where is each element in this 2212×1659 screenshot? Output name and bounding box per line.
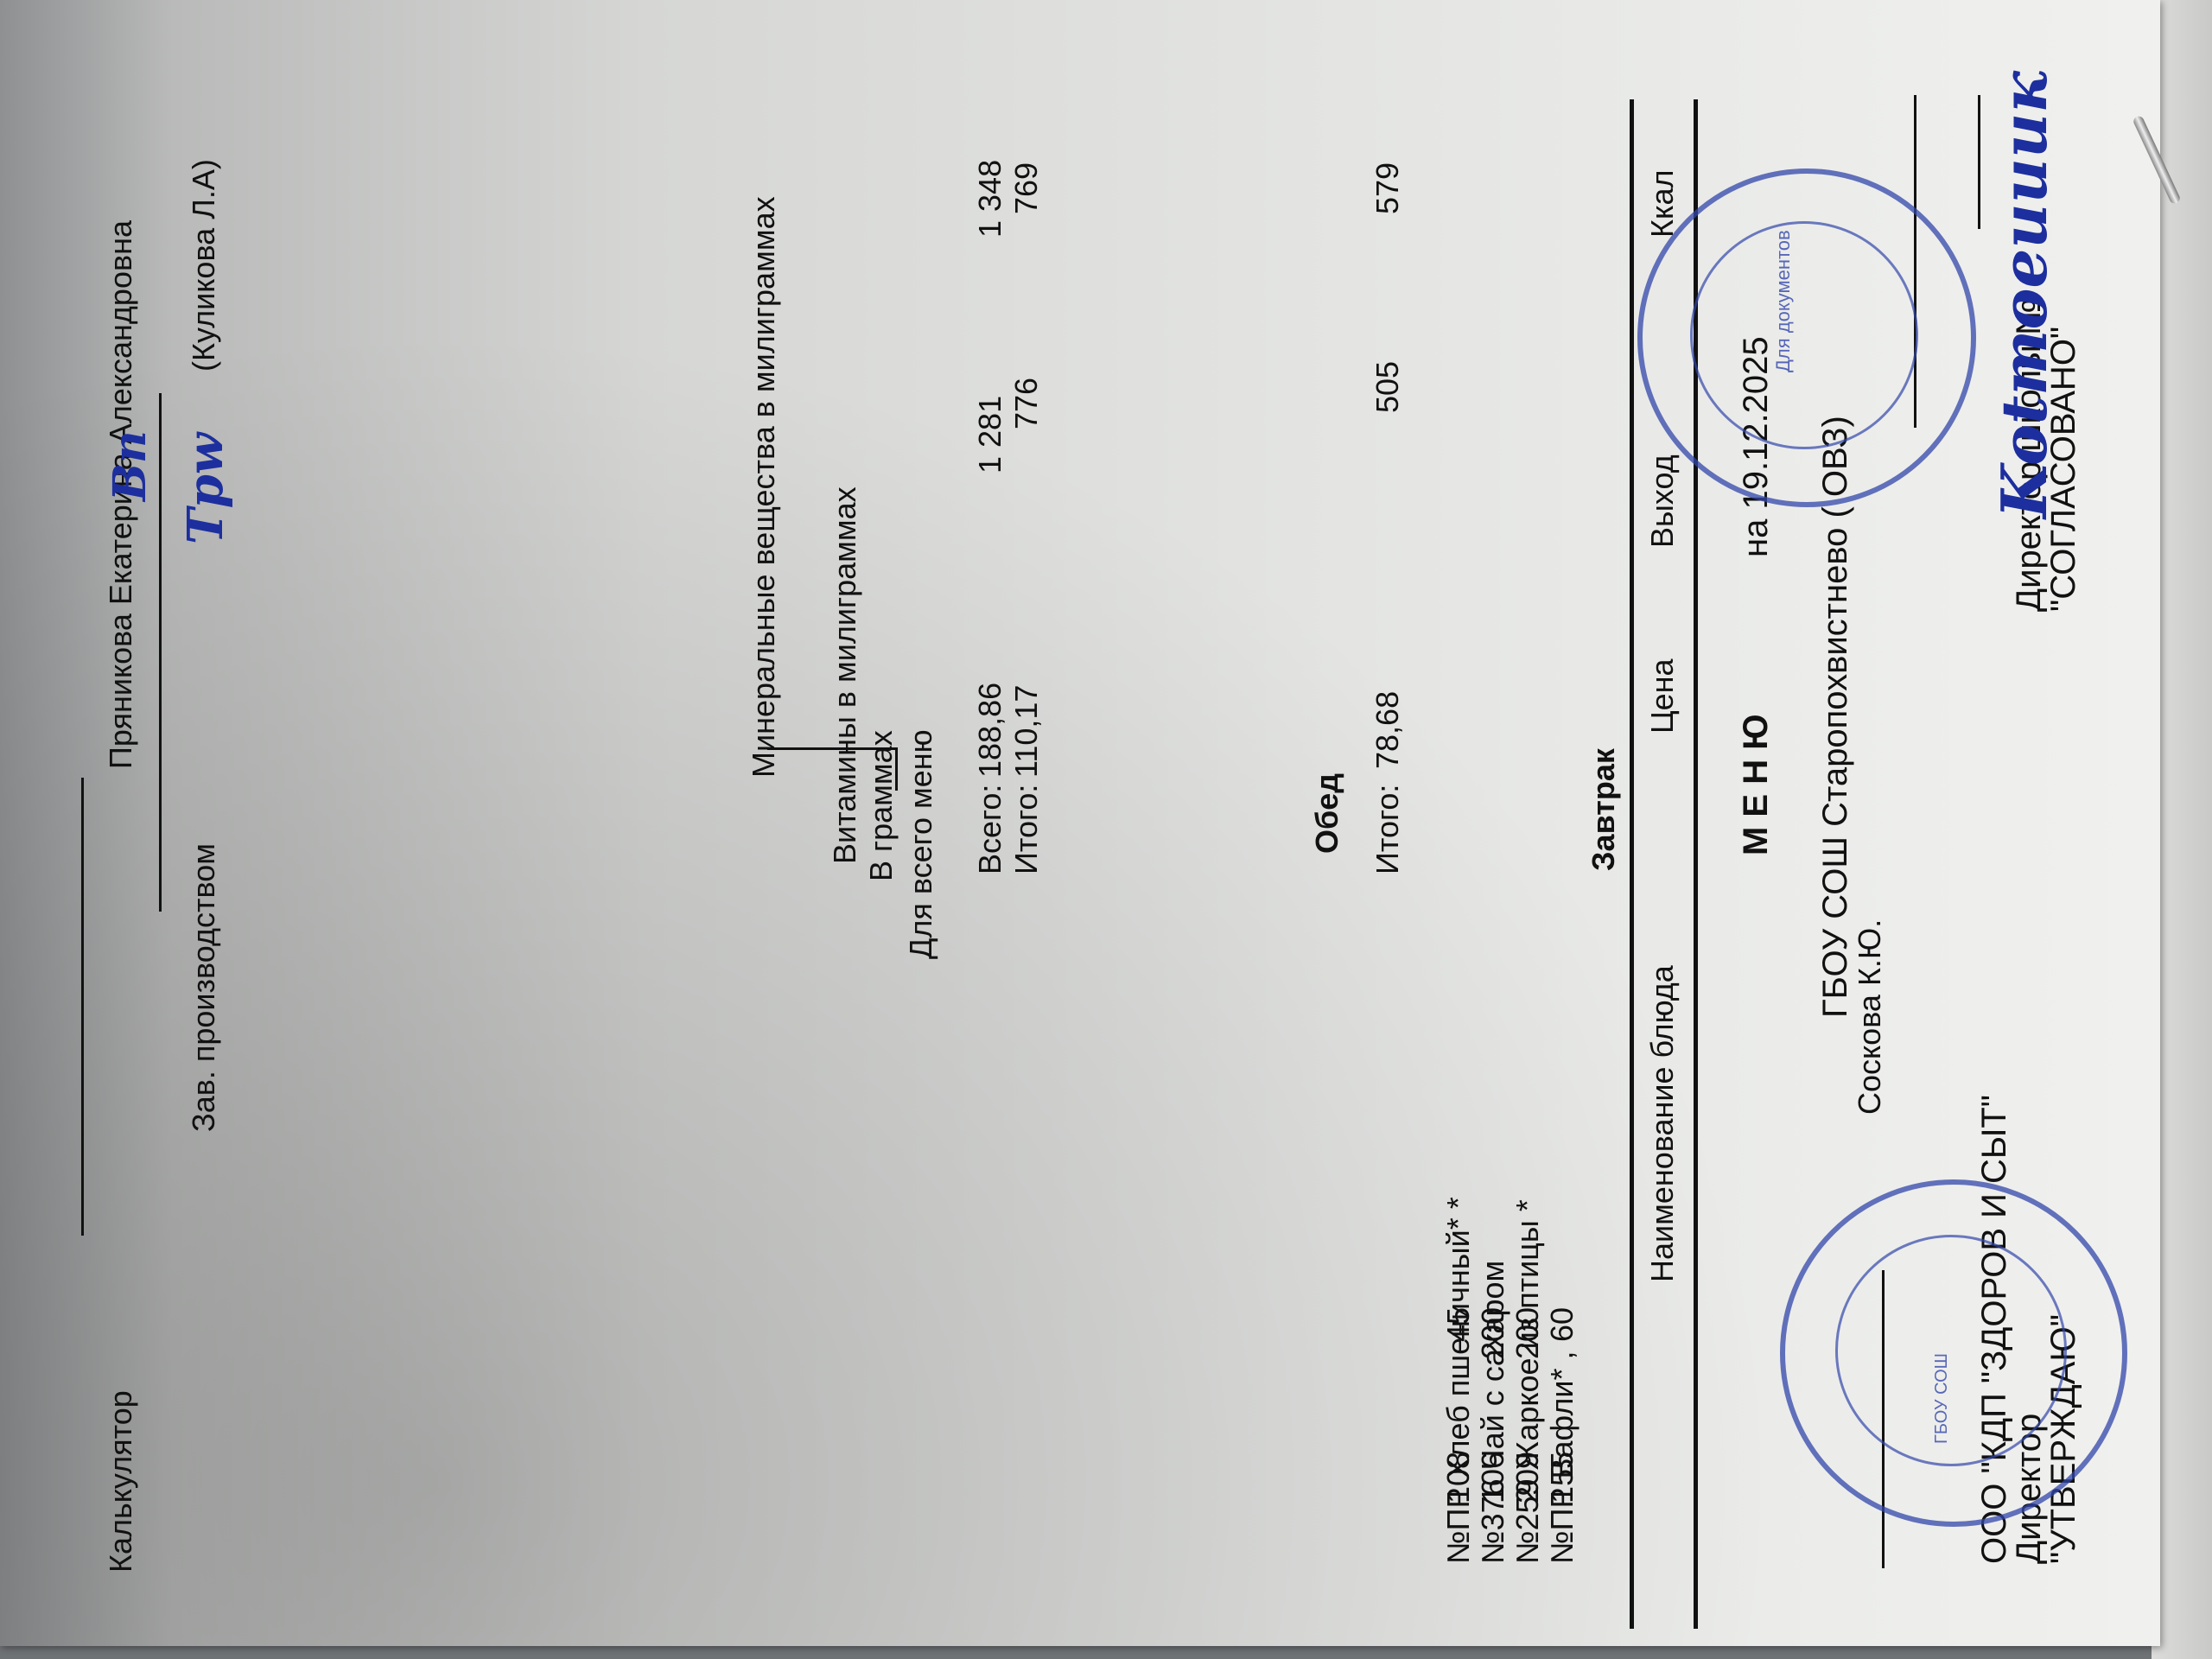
nutrition-heading: Для всего меню [906, 729, 937, 959]
production-signature: Тpw [177, 433, 234, 544]
approved-name: Соскова К.Ю. [1854, 919, 1885, 1115]
breakfast-total-kcal: 579 [1372, 162, 1403, 214]
breakfast-total-output: 505 [1372, 361, 1403, 413]
breakfast-dish-output: 60 [1547, 1307, 1578, 1342]
col-dish: Наименование блюда [1647, 965, 1678, 1282]
grand-total-price: 188,86 [975, 683, 1006, 778]
col-kcal: Ккал [1647, 169, 1678, 238]
breakfast-dish-kcal: 106 [1478, 1452, 1509, 1503]
agreed-number-line [1978, 95, 1980, 229]
lunch-total-kcal: 769 [1011, 162, 1042, 214]
breakfast-dish-name: №ПР Хлеб пшеничный* * [1443, 1197, 1474, 1564]
production-label: Зав. производством [188, 843, 219, 1132]
breakfast-dish-output: 45 [1443, 1307, 1474, 1342]
production-name: (Куликова Л.А) [188, 159, 219, 372]
stamp-right-icon: ГБОУ СОШ [1780, 1179, 2127, 1527]
breakfast-dish-output: 200 [1512, 1307, 1543, 1359]
breakfast-dish-output: 200 [1478, 1307, 1509, 1359]
paper-stack-edge [2152, 0, 2212, 1659]
breakfast-dish-kcal: 155 [1547, 1452, 1578, 1503]
agreed-signature: Kotmoeuuuк [1987, 71, 2061, 518]
calc-sign-line [81, 778, 84, 1236]
minerals-label: Минеральные вещества в милиграммах [748, 196, 779, 778]
breakfast-heading: Завтрак [1588, 748, 1619, 871]
vitamins-label: Витамины в милиграммах [829, 486, 861, 864]
production-sign-line [159, 393, 162, 912]
col-price: Цена [1647, 658, 1678, 734]
calc-label: Калькулятор [105, 1390, 137, 1573]
lunch-total-label: Итого: [1011, 785, 1042, 874]
lunch-total-price: 110,17 [1011, 685, 1042, 778]
grand-total-output: 1 281 [975, 396, 1006, 474]
menu-title: М Е Н Ю [1738, 715, 1773, 855]
breakfast-dish-kcal: 209 [1512, 1452, 1543, 1503]
calc-signature: Вп [104, 430, 156, 501]
table-header-rule [1630, 99, 1634, 1629]
lunch-heading: Обед [1312, 773, 1343, 854]
grand-total-label: Всего: [975, 785, 1006, 874]
breakfast-total-price: 78,68 [1372, 691, 1403, 769]
breakfast-dish-kcal: 108 [1443, 1452, 1474, 1503]
grand-total-kcal: 1 348 [975, 160, 1006, 238]
grams-label: В граммах [866, 730, 897, 881]
breakfast-total-label: Итого: [1372, 785, 1403, 874]
col-output: Выход [1647, 454, 1678, 548]
breakfast-dish-name: №376 Чай с сахаром [1478, 1261, 1509, 1564]
stamp-left-icon: Для документов [1637, 168, 1976, 507]
lunch-total-output: 776 [1011, 378, 1042, 429]
breakfast-dish-name: №259 Жаркое из птицы * [1512, 1199, 1543, 1564]
